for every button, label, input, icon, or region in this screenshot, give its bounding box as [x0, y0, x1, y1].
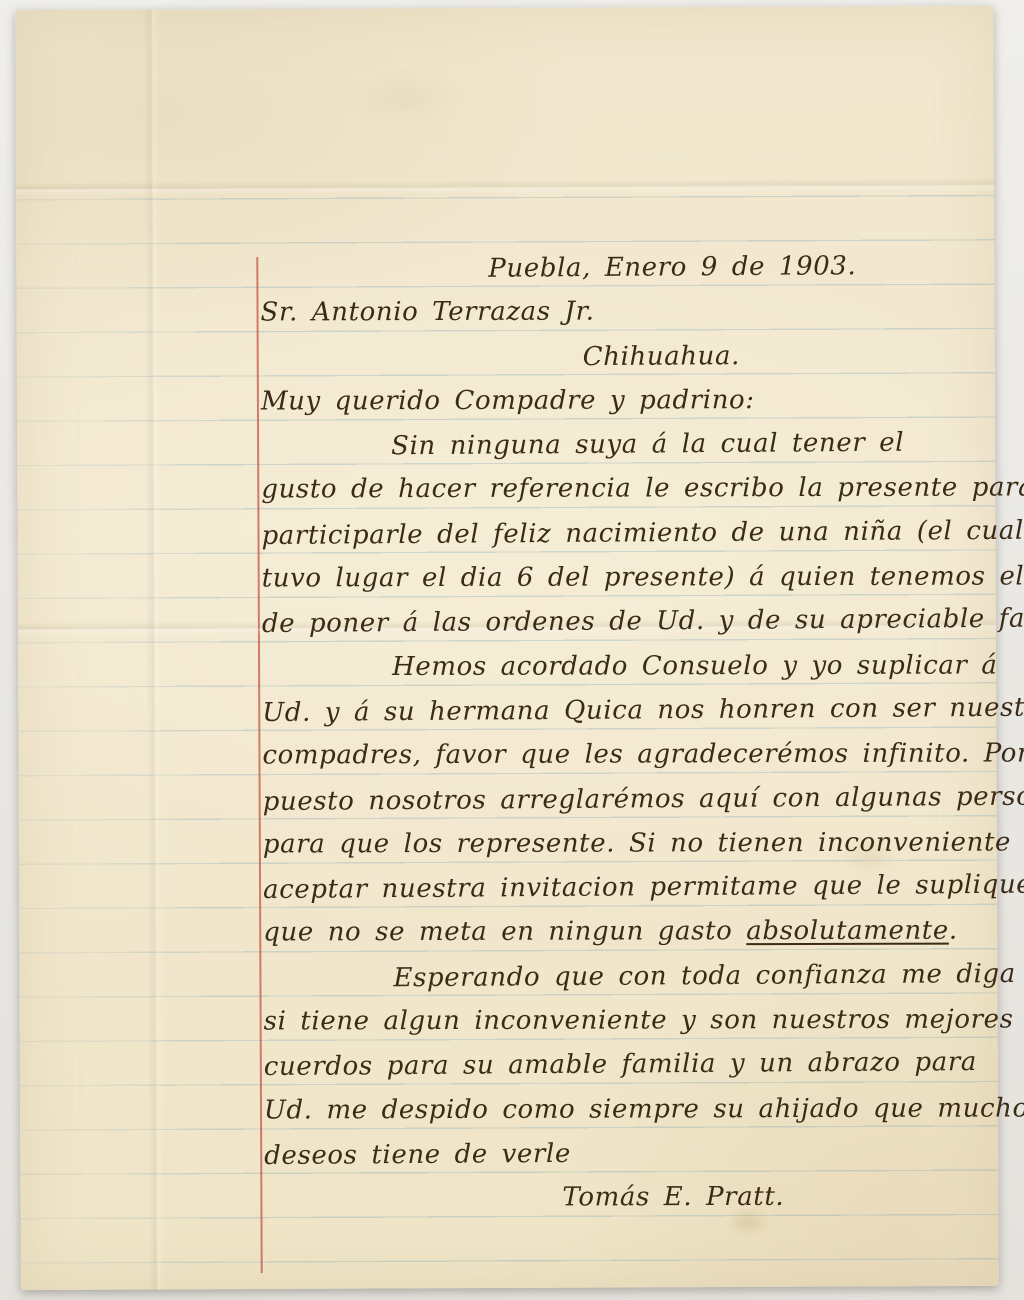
letter-line: aceptar nuestra invitacion permitame que… [263, 863, 975, 912]
recipient-line: Sr. Antonio Terrazas Jr. [260, 289, 972, 335]
letter-line: Hemos acordado Consuelo y yo suplicar á [392, 643, 974, 689]
letter-line: puesto nosotros arreglarémos aquí con al… [263, 775, 975, 824]
letter-line: Esperando que con toda confianza me diga [393, 952, 975, 1000]
letter-line: Ud. y á su hermana Quica nos honren con … [262, 686, 974, 735]
letter-line: para que los represente. Si no tienen in… [263, 820, 975, 866]
date-line: Puebla, Enero 9 de 1903. [488, 243, 972, 291]
underlined-word: absolutamente [746, 916, 949, 947]
letter-line: compadres, favor que les agradecerémos i… [262, 732, 974, 778]
paper-stain [345, 68, 465, 129]
letter-line: de poner á las ordenes de Ud. y de su ap… [262, 597, 974, 646]
letter-body: Puebla, Enero 9 de 1903. Sr. Antonio Ter… [260, 244, 976, 1222]
letter-line: cuerdos para su amable familia y un abra… [264, 1040, 976, 1089]
letter-line: deseos tiene de verle [264, 1129, 976, 1178]
recipient-city: Chihuahua. [583, 332, 973, 379]
salutation-line: Muy querido Compadre y padrino: [261, 377, 973, 423]
line-text: . [949, 916, 958, 946]
signature: Tomás E. Pratt. [562, 1175, 976, 1220]
letter-line: participarle del feliz nacimiento de una… [261, 509, 973, 558]
letter-line: gusto de hacer referencia le escribo la … [261, 466, 973, 512]
letter-line: si tiene algun inconveniente y son nuest… [264, 998, 976, 1044]
line-text: que no se meta en ningun gasto [263, 917, 746, 948]
letter-paper: Puebla, Enero 9 de 1903. Sr. Antonio Ter… [15, 6, 999, 1290]
letter-line-underlined: que no se meta en ningun gasto absolutam… [263, 909, 975, 955]
letter-line: Ud. me despido como siempre su ahijado q… [264, 1086, 976, 1132]
letter-line: Sin ninguna suya á la cual tener el [391, 420, 973, 468]
letter-line: tuvo lugar el dia 6 del presente) á quie… [262, 555, 974, 601]
